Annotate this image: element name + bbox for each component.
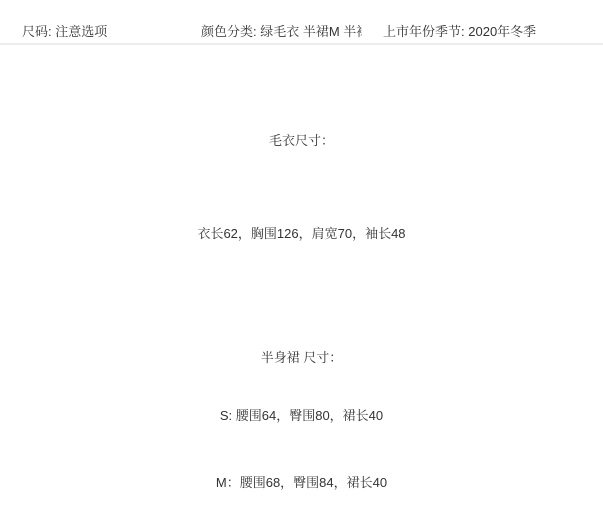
attribute-color-category: 颜色分类: 绿毛衣 半裙M 半裙S <box>201 24 362 39</box>
attribute-size: 尺码: 注意选项 <box>22 24 107 39</box>
attribute-season: 上市年份季节: 2020年冬季 <box>383 24 536 39</box>
attribute-color-label: 颜色分类 <box>201 24 253 39</box>
desc-skirt-size-s: S: 腰围64，臀围80，裙长40 <box>0 408 603 424</box>
attribute-season-label: 上市年份季节 <box>383 24 461 39</box>
attribute-season-value: 2020年冬季 <box>468 24 536 39</box>
product-detail-page: 尺码: 注意选项 颜色分类: 绿毛衣 半裙M 半裙S 上市年份季节: 2020年… <box>0 0 603 513</box>
attribute-color-value: 绿毛衣 半裙M 半裙S <box>260 24 362 39</box>
product-attributes-bar: 尺码: 注意选项 颜色分类: 绿毛衣 半裙M 半裙S 上市年份季节: 2020年… <box>0 0 603 45</box>
desc-skirt-size-title: 半身裙 尺寸： <box>0 350 603 366</box>
desc-skirt-size-m: M：腰围68，臀围84，裙长40 <box>0 475 603 491</box>
attribute-size-value: 注意选项 <box>55 24 107 39</box>
attribute-size-label: 尺码 <box>22 24 48 39</box>
desc-sweater-size-title: 毛衣尺寸： <box>0 133 603 149</box>
desc-sweater-measurements: 衣长62，胸围126，肩宽70，袖长48 <box>0 226 603 242</box>
